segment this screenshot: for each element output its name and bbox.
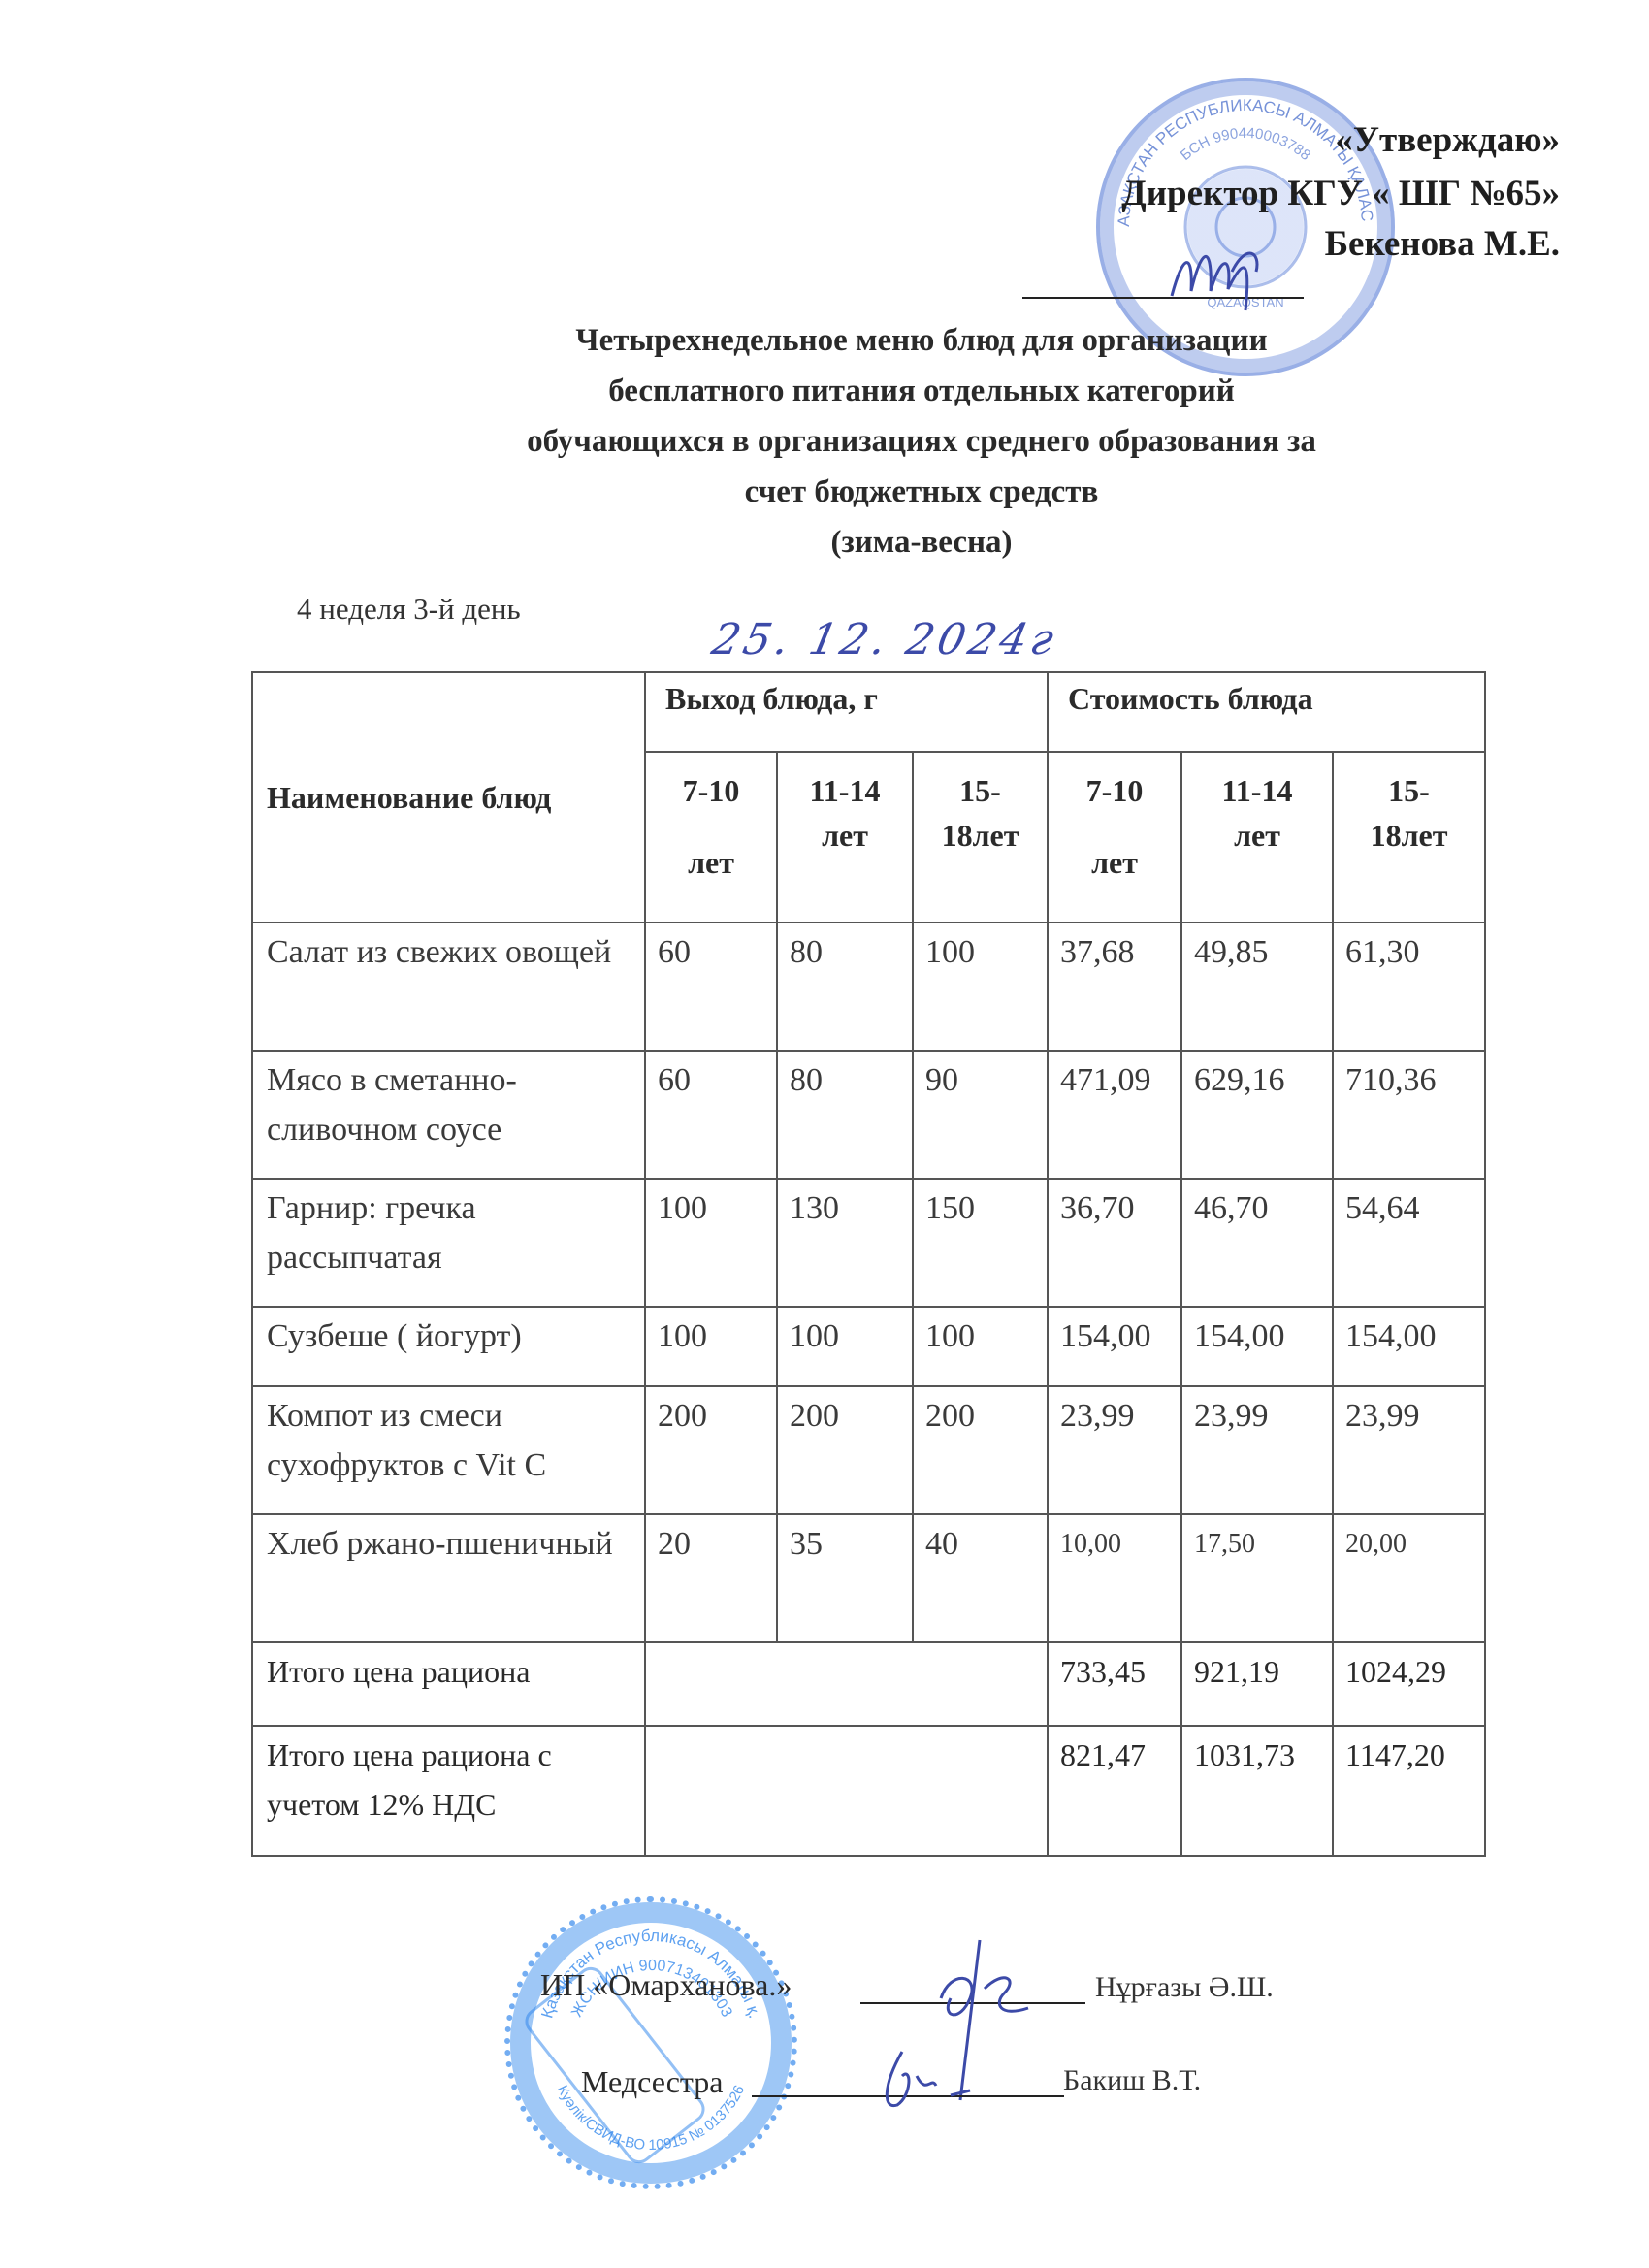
yield-15-18: 90 (913, 1051, 1048, 1179)
table-row: Мясо в сметанно-сливочном соусе 60 80 90… (252, 1051, 1485, 1179)
table-row: Компот из смеси сухофруктов с Vit C 200 … (252, 1386, 1485, 1514)
header-dish-name: Наименование блюд (252, 672, 645, 923)
cost-11-14: 154,00 (1181, 1307, 1333, 1386)
yield-11-14: 80 (777, 1051, 913, 1179)
header-yield: Выход блюда, г (645, 672, 1048, 752)
total-cost-7-10: 733,45 (1048, 1642, 1181, 1726)
director-signature-icon (1164, 213, 1280, 320)
table-row: Сузбеше ( йогурт) 100 100 100 154,00 154… (252, 1307, 1485, 1386)
yield-11-14: 80 (777, 923, 913, 1051)
cost-7-10: 154,00 (1048, 1307, 1181, 1386)
total-vat-cost-15-18: 1147,20 (1333, 1726, 1485, 1856)
cost-7-10: 36,70 (1048, 1179, 1181, 1307)
dish-name: Хлеб ржано-пшеничный (252, 1514, 645, 1642)
svg-text:БСН 990440003788: БСН 990440003788 (1178, 125, 1313, 164)
approval-position: Директор КГУ « ШГ №65» (1121, 173, 1560, 214)
signature-name-nurse: Бакиш В.Т. (1063, 2064, 1201, 2097)
yield-15-18: 150 (913, 1179, 1048, 1307)
cost-11-14: 46,70 (1181, 1179, 1333, 1307)
dish-name: Мясо в сметанно-сливочном соусе (252, 1051, 645, 1179)
header-yield-age-7-10: 7-10лет (645, 752, 777, 923)
header-cost: Стоимость блюда (1048, 672, 1485, 752)
table-row: Гарнир: гречка рассыпчатая 100 130 150 3… (252, 1179, 1485, 1307)
cost-15-18: 154,00 (1333, 1307, 1485, 1386)
official-stamp-bottom: Қазақстан Республикасы Алматы қ. ЖСН/ИИН… (504, 1896, 797, 2189)
header-cost-age-15-18: 15-18лет (1333, 752, 1485, 923)
title-line-4: счет бюджетных средств (291, 467, 1552, 517)
cost-15-18: 23,99 (1333, 1386, 1485, 1514)
yield-7-10: 20 (645, 1514, 777, 1642)
cost-11-14: 23,99 (1181, 1386, 1333, 1514)
cost-15-18: 54,64 (1333, 1179, 1485, 1307)
dish-name: Сузбеше ( йогурт) (252, 1307, 645, 1386)
yield-11-14: 35 (777, 1514, 913, 1642)
title-line-2: бесплатного питания отдельных категорий (291, 366, 1552, 416)
dish-name: Компот из смеси сухофруктов с Vit C (252, 1386, 645, 1514)
menu-table: Наименование блюд Выход блюда, г Стоимос… (251, 671, 1486, 1857)
total-vat-empty-cell (645, 1726, 1048, 1856)
cost-11-14: 629,16 (1181, 1051, 1333, 1179)
approval-heading: «Утверждаю» (1335, 119, 1560, 161)
yield-11-14: 130 (777, 1179, 913, 1307)
yield-7-10: 60 (645, 923, 777, 1051)
total-vat-cost-7-10: 821,47 (1048, 1726, 1181, 1856)
yield-15-18: 100 (913, 1307, 1048, 1386)
header-cost-age-11-14: 11-14лет (1181, 752, 1333, 923)
total-row: Итого цена рациона 733,45 921,19 1024,29 (252, 1642, 1485, 1726)
cost-15-18: 20,00 (1333, 1514, 1485, 1642)
cost-11-14: 17,50 (1181, 1514, 1333, 1642)
title-line-5: (зима-весна) (291, 517, 1552, 567)
signature-label-ip: ИП «Омарханова.» (540, 1967, 792, 2003)
total-cost-11-14: 921,19 (1181, 1642, 1333, 1726)
total-vat-label: Итого цена рациона с учетом 12% НДС (252, 1726, 645, 1856)
yield-15-18: 40 (913, 1514, 1048, 1642)
handwritten-date: 25. 12. 2024г (708, 615, 1062, 664)
total-vat-cost-11-14: 1031,73 (1181, 1726, 1333, 1856)
yield-15-18: 100 (913, 923, 1048, 1051)
yield-7-10: 200 (645, 1386, 777, 1514)
yield-7-10: 100 (645, 1307, 777, 1386)
header-yield-age-11-14: 11-14лет (777, 752, 913, 923)
total-vat-row: Итого цена рациона с учетом 12% НДС 821,… (252, 1726, 1485, 1856)
total-empty-cell (645, 1642, 1048, 1726)
yield-7-10: 60 (645, 1051, 777, 1179)
yield-11-14: 200 (777, 1386, 913, 1514)
table-row: Салат из свежих овощей 60 80 100 37,68 4… (252, 923, 1485, 1051)
signature-name-ip: Нұрғазы Ә.Ш. (1095, 1971, 1274, 2004)
cost-7-10: 10,00 (1048, 1514, 1181, 1642)
cost-7-10: 471,09 (1048, 1051, 1181, 1179)
yield-15-18: 200 (913, 1386, 1048, 1514)
cost-15-18: 710,36 (1333, 1051, 1485, 1179)
title-line-3: обучающихся в организациях среднего обра… (291, 416, 1552, 467)
total-cost-15-18: 1024,29 (1333, 1642, 1485, 1726)
yield-11-14: 100 (777, 1307, 913, 1386)
header-yield-age-15-18: 15-18лет (913, 752, 1048, 923)
cost-7-10: 37,68 (1048, 923, 1181, 1051)
header-cost-age-7-10: 7-10лет (1048, 752, 1181, 923)
stamp-bottom-text: Қазақстан Республикасы Алматы қ. ЖСН/ИИН… (510, 1902, 792, 2184)
table-row: Хлеб ржано-пшеничный 20 35 40 10,00 17,5… (252, 1514, 1485, 1642)
yield-7-10: 100 (645, 1179, 777, 1307)
week-day-label: 4 неделя 3-й день (297, 592, 521, 627)
cost-7-10: 23,99 (1048, 1386, 1181, 1514)
signature-label-nurse: Медсестра (581, 2064, 723, 2100)
dish-name: Салат из свежих овощей (252, 923, 645, 1051)
cost-15-18: 61,30 (1333, 923, 1485, 1051)
document-title: Четырехнедельное меню блюд для организац… (291, 315, 1552, 567)
cost-11-14: 49,85 (1181, 923, 1333, 1051)
approval-signatory: Бекенова М.Е. (1325, 223, 1560, 265)
total-label: Итого цена рациона (252, 1642, 645, 1726)
title-line-1: Четырехнедельное меню блюд для организац… (291, 315, 1552, 366)
dish-name: Гарнир: гречка рассыпчатая (252, 1179, 645, 1307)
signature-scribble-nurse-icon (873, 2047, 980, 2115)
